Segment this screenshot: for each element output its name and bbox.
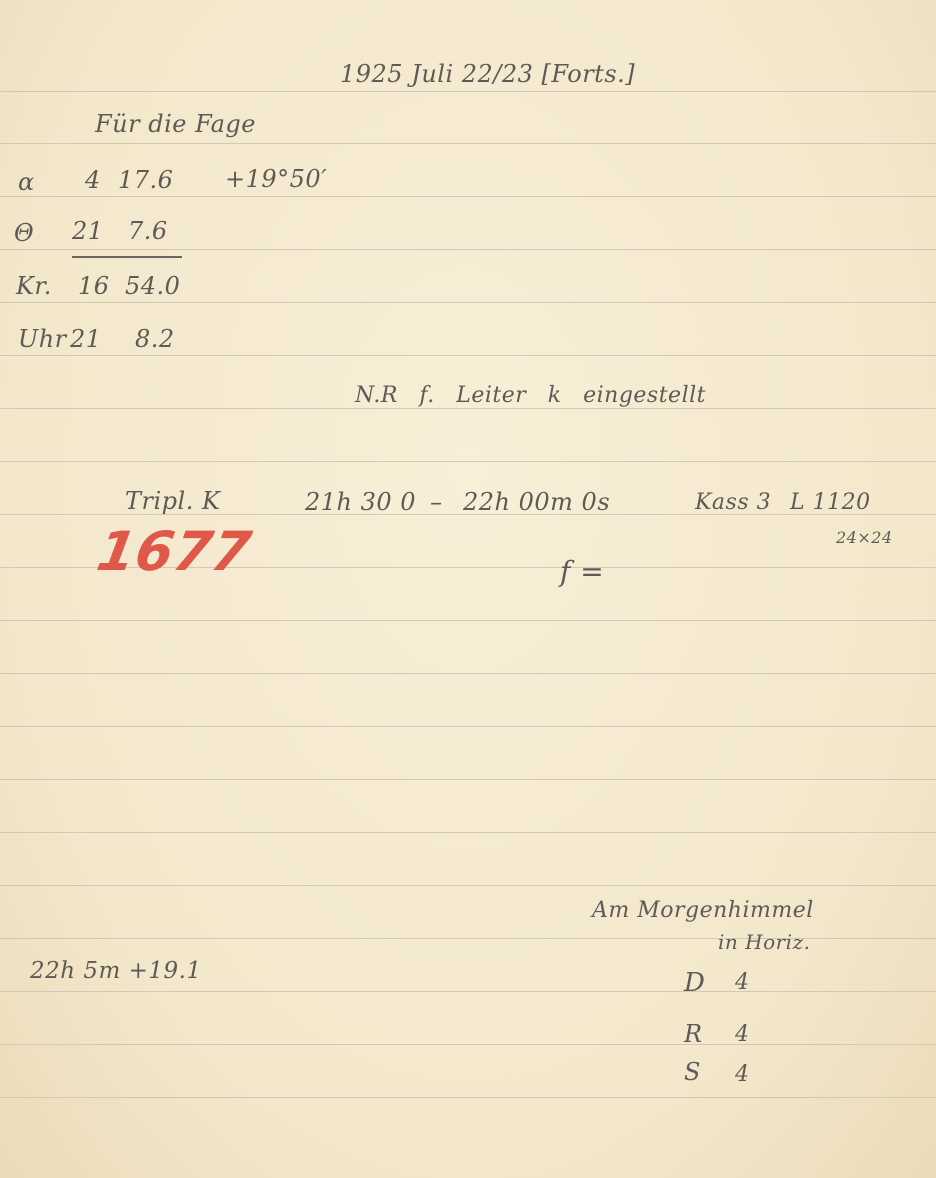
calc-row-symbol: Uhr xyxy=(18,325,67,353)
calc-row-symbol: Θ xyxy=(14,219,34,247)
calc-row-symbol: Kr. xyxy=(16,272,52,300)
ruled-line xyxy=(0,461,936,462)
ruled-line xyxy=(0,408,936,409)
ruled-line xyxy=(0,1097,936,1098)
calc-row-minutes: 17.6 xyxy=(118,166,173,194)
ruled-line xyxy=(0,673,936,674)
morning-sky-symbol: D xyxy=(684,968,705,998)
morning-sky-subtitle: in Horiz. xyxy=(718,930,810,954)
ruled-line xyxy=(0,620,936,621)
plate-number-red: 1677 xyxy=(92,520,255,583)
plate-size: 24×24 xyxy=(836,528,893,547)
morning-sky-value: 4 xyxy=(735,1022,750,1047)
exposure-dash: – xyxy=(430,488,443,516)
calc-row-minutes: 7.6 xyxy=(128,217,168,245)
ruled-line xyxy=(0,779,936,780)
ruled-line xyxy=(0,885,936,886)
calc-row-hours: 21 xyxy=(72,217,104,245)
cassette-number: Kass 3 xyxy=(695,490,771,515)
plate-id: L 1120 xyxy=(790,490,871,515)
morning-sky-value: 4 xyxy=(735,1062,750,1087)
instrument-note: N.R f. Leiter k eingestellt xyxy=(355,383,706,408)
exposure-end-time: 22h 00m 0s xyxy=(463,488,610,516)
morning-sky-symbol: R xyxy=(684,1020,703,1048)
morning-sky-symbol: S xyxy=(684,1058,701,1086)
calc-row-hours: 4 xyxy=(85,166,101,194)
ruled-line xyxy=(0,355,936,356)
sum-underline xyxy=(72,256,182,258)
calc-row-hours: 21 xyxy=(70,325,102,353)
calc-row-symbol: α xyxy=(18,168,35,196)
page-date-heading: 1925 Juli 22/23 [Forts.] xyxy=(340,60,635,88)
calc-row-declination: +19°50′ xyxy=(225,165,327,193)
ruled-line xyxy=(0,196,936,197)
exposure-start-time: 21h 30 0 xyxy=(305,488,416,516)
morning-sky-value: 4 xyxy=(735,970,750,995)
ruled-line xyxy=(0,302,936,303)
calc-block-title: Für die Fage xyxy=(95,110,256,138)
morning-sky-title: Am Morgenhimmel xyxy=(592,898,814,923)
ruled-line xyxy=(0,832,936,833)
calc-row-hours: 16 xyxy=(78,272,110,300)
ruled-line xyxy=(0,991,936,992)
exposure-label: Tripl. K xyxy=(125,487,220,515)
ruled-line xyxy=(0,726,936,727)
calc-row-minutes: 8.2 xyxy=(135,325,175,353)
ruled-line xyxy=(0,249,936,250)
ruled-line xyxy=(0,91,936,92)
bottom-left-reading: 22h 5m +19.1 xyxy=(30,958,202,984)
calc-row-minutes: 54.0 xyxy=(125,272,180,300)
ruled-line xyxy=(0,143,936,144)
ruled-line xyxy=(0,1044,936,1045)
focus-value: f = xyxy=(560,555,604,588)
notebook-page: 1925 Juli 22/23 [Forts.] Für die Fage α … xyxy=(0,0,936,1178)
